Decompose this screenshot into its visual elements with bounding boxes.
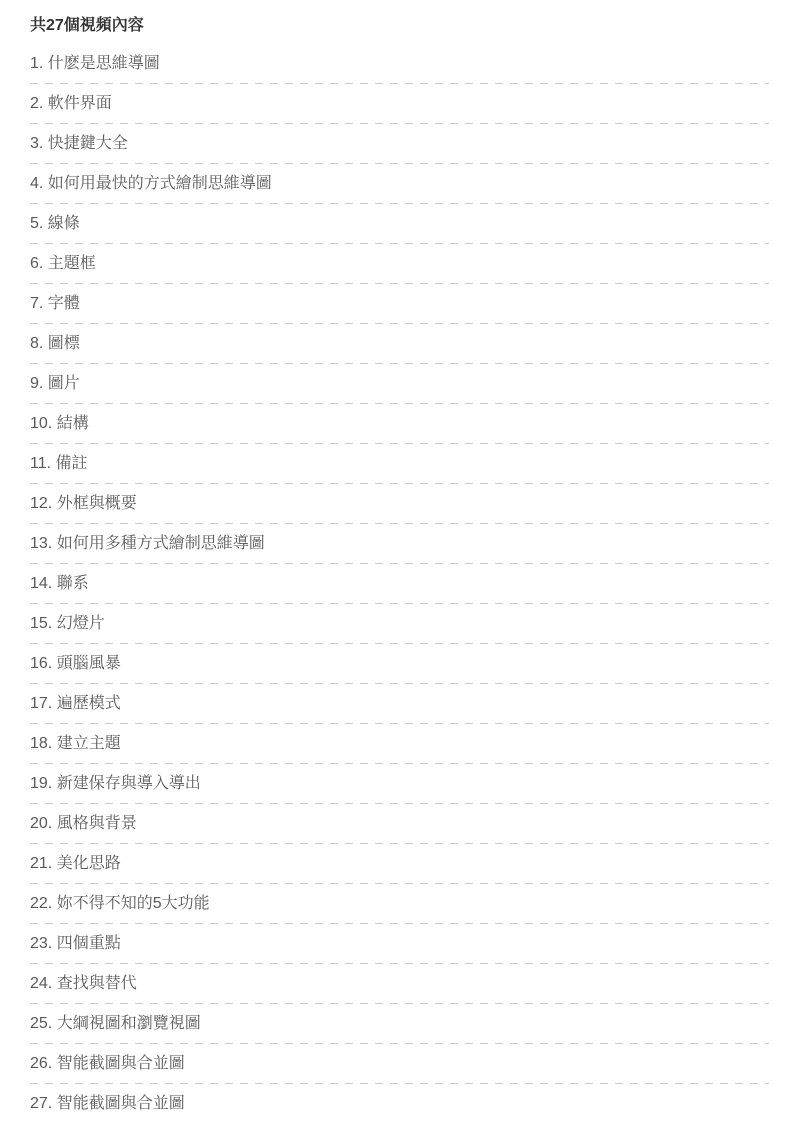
list-item-text: 10. 結構 <box>30 415 89 432</box>
list-item-text: 23. 四個重點 <box>30 935 121 952</box>
list-item-text: 4. 如何用最快的方式繪制思維導圖 <box>30 175 272 192</box>
list-item: 16. 頭腦風暴 <box>30 644 769 684</box>
list-item: 24. 查找與替代 <box>30 964 769 1004</box>
list-item-text: 3. 快捷鍵大全 <box>30 135 128 152</box>
list-item: 25. 大綱視圖和瀏覽視圖 <box>30 1004 769 1044</box>
list-item: 15. 幻燈片 <box>30 604 769 644</box>
list-item-text: 5. 線條 <box>30 215 80 232</box>
list-item: 14. 聯系 <box>30 564 769 604</box>
list-item-text: 22. 妳不得不知的5大功能 <box>30 895 210 912</box>
list-item-text: 19. 新建保存與導入導出 <box>30 775 201 792</box>
list-item: 19. 新建保存與導入導出 <box>30 764 769 804</box>
list-item-text: 11. 備註 <box>30 455 88 472</box>
list-item: 20. 風格與背景 <box>30 804 769 844</box>
list-item-text: 14. 聯系 <box>30 575 89 592</box>
list-item: 18. 建立主題 <box>30 724 769 764</box>
list-item-text: 8. 圖標 <box>30 335 80 352</box>
list-item-text: 21. 美化思路 <box>30 855 121 872</box>
list-item: 4. 如何用最快的方式繪制思維導圖 <box>30 164 769 204</box>
list-item-text: 16. 頭腦風暴 <box>30 655 121 672</box>
list-item: 9. 圖片 <box>30 364 769 404</box>
list-item-text: 13. 如何用多種方式繪制思維導圖 <box>30 535 265 552</box>
list-item-text: 24. 查找與替代 <box>30 975 137 992</box>
list-item: 21. 美化思路 <box>30 844 769 884</box>
list-item-text: 15. 幻燈片 <box>30 615 105 632</box>
list-item-text: 26. 智能截圖與合並圖 <box>30 1055 185 1072</box>
list-item: 23. 四個重點 <box>30 924 769 964</box>
list-item-text: 17. 遍歷模式 <box>30 695 121 712</box>
list-item: 17. 遍歷模式 <box>30 684 769 724</box>
video-content-list-section: 共27個視頻內容 1. 什麽是思維導圖2. 軟件界面3. 快捷鍵大全4. 如何用… <box>0 0 800 1132</box>
list-item: 22. 妳不得不知的5大功能 <box>30 884 769 924</box>
list-item-text: 20. 風格與背景 <box>30 815 137 832</box>
list-item: 26. 智能截圖與合並圖 <box>30 1044 769 1084</box>
list-item-text: 27. 智能截圖與合並圖 <box>30 1095 185 1112</box>
list-item-text: 7. 字體 <box>30 295 80 312</box>
list-item: 27. 智能截圖與合並圖 <box>30 1084 769 1124</box>
video-list: 1. 什麽是思維導圖2. 軟件界面3. 快捷鍵大全4. 如何用最快的方式繪制思維… <box>30 44 769 1124</box>
list-item: 1. 什麽是思維導圖 <box>30 44 769 84</box>
list-item: 8. 圖標 <box>30 324 769 364</box>
list-item-text: 18. 建立主題 <box>30 735 121 752</box>
list-item-text: 6. 主題框 <box>30 255 96 272</box>
list-item: 10. 結構 <box>30 404 769 444</box>
list-item: 13. 如何用多種方式繪制思維導圖 <box>30 524 769 564</box>
list-item: 5. 線條 <box>30 204 769 244</box>
page-title: 共27個視頻內容 <box>30 14 769 38</box>
list-item: 2. 軟件界面 <box>30 84 769 124</box>
list-item-text: 25. 大綱視圖和瀏覽視圖 <box>30 1015 201 1032</box>
list-item-text: 12. 外框與概要 <box>30 495 137 512</box>
list-item: 11. 備註 <box>30 444 769 484</box>
list-item: 6. 主題框 <box>30 244 769 284</box>
list-item-text: 1. 什麽是思維導圖 <box>30 55 160 72</box>
list-item-text: 2. 軟件界面 <box>30 95 112 112</box>
list-item: 7. 字體 <box>30 284 769 324</box>
list-item-text: 9. 圖片 <box>30 375 80 392</box>
list-item: 3. 快捷鍵大全 <box>30 124 769 164</box>
list-item: 12. 外框與概要 <box>30 484 769 524</box>
